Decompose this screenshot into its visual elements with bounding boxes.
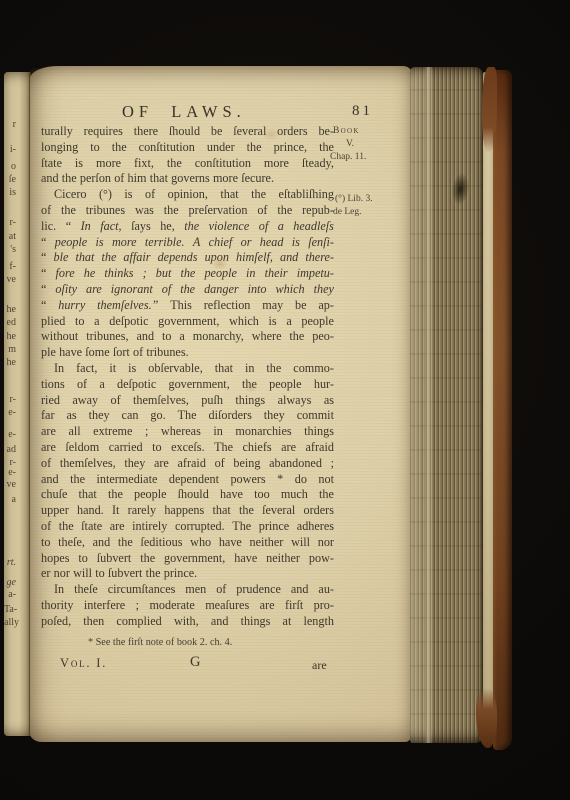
- body-word: of: [257, 203, 267, 219]
- body-word: ſteady,: [302, 156, 334, 172]
- body-word: ſome: [85, 345, 109, 361]
- body-word: is: [269, 314, 277, 330]
- body-word: deſpotic: [117, 377, 156, 393]
- body-word: and: [41, 171, 59, 187]
- body-word: tribunes: [86, 203, 125, 219]
- body-word: affair: [123, 250, 150, 266]
- body-word: hand.: [77, 503, 104, 519]
- left-page-fragment: e-: [4, 429, 16, 440]
- body-word: are: [41, 440, 56, 456]
- body-word: depends: [158, 250, 198, 266]
- body-line: “oſityareignorantofthedangerintowhichthe…: [41, 282, 334, 298]
- body-word: powers: [230, 472, 265, 488]
- margin-note-citation-line2: de Leg.: [333, 207, 362, 217]
- body-line: poſed,thencompliedwith,andthingsatlength: [41, 614, 334, 630]
- body-word: hurry: [58, 298, 85, 314]
- body-word: the: [184, 219, 199, 235]
- body-word: that: [215, 361, 233, 377]
- body-word: much: [281, 487, 308, 503]
- body-word: au-: [318, 582, 334, 598]
- body-word: it: [109, 361, 116, 377]
- body-word: repub-: [302, 203, 334, 219]
- body-word: himſelf,: [236, 250, 273, 266]
- body-word: there-: [305, 250, 334, 266]
- body-word: a: [179, 329, 184, 345]
- volume-label: Vol. I.: [60, 656, 107, 671]
- body-word: the: [242, 377, 257, 393]
- body-word: they: [124, 456, 145, 472]
- body-word: governs: [171, 171, 210, 187]
- body-word: there: [134, 124, 158, 140]
- body-word: “: [41, 250, 46, 266]
- body-word: that: [212, 503, 230, 519]
- body-word: themſelves,: [60, 456, 116, 472]
- body-line: oftheſtateareintirelycorrupted.Theprince…: [41, 519, 334, 535]
- body-word: ſtate: [81, 519, 102, 535]
- body-word: government,: [164, 551, 225, 567]
- body-word: head: [260, 235, 284, 251]
- body-word: ;: [145, 424, 148, 440]
- body-word: plied: [41, 314, 65, 330]
- body-word: are: [86, 282, 102, 298]
- body-word: abandoned: [269, 456, 322, 472]
- body-word: he,: [160, 219, 175, 235]
- left-page-fragment: he: [4, 357, 16, 368]
- left-page-fragment: a: [4, 494, 16, 505]
- body-word: will: [291, 535, 310, 551]
- body-word: but: [156, 266, 172, 282]
- body-word: can: [122, 408, 139, 424]
- body-word: of: [162, 282, 171, 298]
- body-word: tions: [41, 377, 65, 393]
- body-word: ſubvert: [108, 566, 143, 582]
- body-word: of: [41, 519, 51, 535]
- body-word: ſubvert: [97, 551, 132, 567]
- body-word: the: [62, 171, 77, 187]
- body-word: themſelves,: [133, 393, 189, 409]
- body-word: have: [220, 487, 243, 503]
- body-word: (°): [99, 187, 112, 203]
- body-word: they: [89, 408, 110, 424]
- body-word: violence: [209, 219, 250, 235]
- body-line: “forehethinks;butthepeopleintheirimpetu-: [41, 266, 334, 282]
- body-word: a: [94, 314, 99, 330]
- body-word: government,: [168, 377, 229, 393]
- body-word: the: [319, 140, 334, 156]
- body-word: intirely: [132, 519, 167, 535]
- body-word: Cicero: [54, 187, 87, 203]
- body-line: thorityinterfere;moderatemeaſuresarefirſ…: [41, 598, 334, 614]
- body-word: the: [101, 250, 116, 266]
- left-page-fragment: e-: [4, 407, 16, 418]
- page-number: 81: [352, 103, 373, 120]
- body-word: nor: [54, 566, 70, 582]
- margin-note-chapter: Chap. 11.: [330, 152, 366, 162]
- body-word: may: [262, 298, 283, 314]
- body-word: are: [154, 456, 169, 472]
- left-page-fragment: ed: [4, 317, 16, 328]
- body-word: of: [114, 171, 124, 187]
- body-word: is: [75, 156, 83, 172]
- body-word: of: [145, 187, 155, 203]
- body-word: the: [180, 282, 195, 298]
- body-word: rarely: [128, 503, 156, 519]
- body-word: of: [77, 377, 87, 393]
- body-word: who: [190, 535, 211, 551]
- body-line: upperhand.Itrarelyhappensthattheſeveralo…: [41, 503, 334, 519]
- body-line: ofthetribuneswasthepreſervationoftherepu…: [41, 203, 334, 219]
- body-word: into: [248, 282, 267, 298]
- left-page-fragment: ad: [4, 444, 16, 455]
- body-word: chiefs: [243, 440, 272, 456]
- body-word: more: [96, 156, 121, 172]
- body-word: in: [246, 266, 255, 282]
- body-word: pro-: [314, 598, 334, 614]
- body-word: eſtabliſhing: [278, 187, 334, 203]
- body-word: are: [41, 424, 56, 440]
- body-word: exceſs.: [171, 440, 205, 456]
- body-line: farastheycango.Thediſorderstheycommit: [41, 408, 334, 424]
- page-edge-strip: [483, 72, 493, 742]
- body-word: go.: [150, 408, 165, 424]
- body-word: the: [140, 551, 155, 567]
- body-word: a: [286, 314, 291, 330]
- body-word: requires: [84, 124, 123, 140]
- body-line: riedawayofthemſelves,puſhthingsalwaysas: [41, 393, 334, 409]
- body-word: of: [41, 456, 51, 472]
- body-word: to: [162, 329, 171, 345]
- body-word: was: [135, 203, 154, 219]
- body-word: in: [213, 424, 222, 440]
- body-word: the: [239, 503, 254, 519]
- body-line: Intheſecircumſtancesmenofprudenceandau-: [41, 582, 334, 598]
- body-word: headleſs: [293, 219, 334, 235]
- body-word: the: [118, 535, 133, 551]
- body-word: more: [112, 235, 137, 251]
- body-word: hopes: [41, 551, 69, 567]
- body-word: people: [55, 235, 88, 251]
- body-word: thority: [41, 598, 74, 614]
- body-line: Cicero(°)isofopinion,thattheeſtabliſhing: [41, 187, 334, 203]
- left-page-fragment: he: [4, 331, 16, 342]
- body-word: with,: [174, 614, 199, 630]
- body-word: fact,: [76, 361, 97, 377]
- body-word: hur-: [314, 377, 334, 393]
- body-word: ſhould: [169, 124, 200, 140]
- body-word: tribunes,: [86, 329, 128, 345]
- body-word: neither: [250, 535, 284, 551]
- body-word: circumſtances: [108, 582, 176, 598]
- body-word: which: [276, 282, 305, 298]
- body-word: ſeldom: [65, 440, 99, 456]
- body-word: and: [291, 582, 309, 598]
- body-word: commit: [297, 408, 334, 424]
- body-word: they: [264, 408, 285, 424]
- left-page-fragment: Ta-: [4, 604, 16, 615]
- body-word: ignorant: [111, 282, 153, 298]
- body-word: happens: [164, 503, 204, 519]
- body-word: extreme: [93, 424, 132, 440]
- body-word: poſed,: [41, 614, 71, 630]
- body-word: “: [66, 219, 71, 235]
- body-word: ſeditious: [140, 535, 182, 551]
- body-word: nor: [318, 535, 334, 551]
- book-fore-edge: [410, 67, 483, 743]
- body-word: then: [83, 614, 104, 630]
- body-word: upper: [41, 503, 69, 519]
- body-line: longingtotheconſtitutionundertheprince,t…: [41, 140, 334, 156]
- body-word: things: [241, 614, 271, 630]
- body-word: him: [128, 171, 147, 187]
- body-word: ſenſi-: [308, 235, 334, 251]
- body-line: andtheperſonofhimthatgovernsmoreſecure.: [41, 171, 334, 187]
- body-word: as: [324, 393, 334, 409]
- body-word: or: [241, 235, 252, 251]
- left-page-fragment: 's: [4, 244, 16, 255]
- body-word: too: [254, 487, 270, 503]
- body-word: ;: [143, 266, 147, 282]
- body-word: to: [95, 566, 104, 582]
- footnote: * See the firſt note of book 2. ch. 4.: [88, 637, 232, 648]
- body-word: ried: [41, 393, 60, 409]
- body-word: have: [234, 551, 257, 567]
- body-word: In: [81, 219, 91, 235]
- body-word: orders: [277, 124, 307, 140]
- body-word: ;: [136, 598, 139, 614]
- body-word: and: [211, 614, 229, 630]
- body-word: In: [54, 582, 64, 598]
- body-word: A: [193, 235, 200, 251]
- body-word: to: [41, 535, 50, 551]
- body-word: oſity: [55, 282, 77, 298]
- body-word: of: [215, 456, 225, 472]
- body-word: in: [245, 361, 254, 377]
- body-word: chief: [209, 235, 233, 251]
- body-word: moderate: [149, 598, 194, 614]
- body-word: meaſures: [205, 598, 249, 614]
- body-word: perſon: [80, 171, 111, 187]
- body-line: areallextreme;whereasinmonarchiesthings: [41, 424, 334, 440]
- body-word: he: [84, 266, 96, 282]
- body-line: ſtateismorefixt,theconſtitutionmoreſtead…: [41, 156, 334, 172]
- body-word: peo-: [312, 329, 334, 345]
- body-word: not: [318, 472, 334, 488]
- left-page-fragment: ge: [4, 577, 16, 588]
- body-line: lic.“Infact,ſayshe,theviolenceofaheadleſ…: [41, 219, 334, 235]
- body-line: hopestoſubvertthegovernment,haveneitherp…: [41, 551, 334, 567]
- left-page-fragment: r: [4, 119, 16, 130]
- body-word: “: [41, 282, 46, 298]
- body-word: they: [314, 282, 334, 298]
- body-word: The: [178, 408, 197, 424]
- left-page-fragment: he: [4, 304, 16, 315]
- body-word: corrupted.: [175, 519, 225, 535]
- catchword: are: [312, 658, 327, 673]
- body-word: government,: [158, 314, 219, 330]
- body-word: the: [251, 187, 266, 203]
- body-word: ſecure.: [241, 171, 274, 187]
- body-word: that: [150, 171, 168, 187]
- body-word: at: [283, 614, 292, 630]
- body-word: of: [216, 582, 226, 598]
- body-word: orders: [304, 503, 334, 519]
- body-word: have: [59, 345, 82, 361]
- body-word: afraid: [178, 456, 206, 472]
- body-word: fixt,: [134, 156, 154, 172]
- left-page-fragment: r-: [4, 394, 16, 405]
- book-cover: [493, 70, 512, 750]
- body-word: under: [207, 140, 235, 156]
- body-line: areſeldomcarriedtoexceſs.Thechiefsareafr…: [41, 440, 334, 456]
- body-word: the: [61, 203, 76, 219]
- body-word: the: [112, 140, 127, 156]
- body-line: ofthemſelves,theyareafraidofbeingabandon…: [41, 456, 334, 472]
- body-word: people: [269, 377, 302, 393]
- left-page-fragment: at: [4, 231, 16, 242]
- body-word: dependent: [169, 472, 219, 488]
- body-word: the: [266, 361, 281, 377]
- body-word: opinion,: [168, 187, 208, 203]
- body-word: turally: [41, 124, 73, 140]
- body-word: the: [319, 487, 334, 503]
- body-word: to: [90, 140, 99, 156]
- left-page-fragment: rt.: [4, 557, 16, 568]
- body-word: and: [41, 472, 59, 488]
- body-word: that: [220, 187, 238, 203]
- body-word: obſervable,: [148, 361, 202, 377]
- left-page-fragment: ve: [4, 479, 16, 490]
- body-word: be: [295, 298, 307, 314]
- body-word: the: [167, 156, 182, 172]
- body-word: thinks: [104, 266, 133, 282]
- body-word: ſort: [113, 345, 130, 361]
- body-word: will: [73, 566, 92, 582]
- body-word: ;: [331, 456, 334, 472]
- body-word: be-: [318, 124, 334, 140]
- body-word: which: [229, 314, 259, 330]
- body-word: ſeveral: [233, 124, 266, 140]
- body-word: the: [247, 140, 262, 156]
- body-line: ernorwilltoſubverttheprince.: [41, 566, 334, 582]
- body-line: “peopleismoreterrible.Achieforheadisſenſ…: [41, 235, 334, 251]
- body-word: adheres: [297, 519, 334, 535]
- margin-note-citation-line1: (°) Lib. 3.: [335, 194, 373, 204]
- left-page-fragment: is: [4, 187, 16, 198]
- body-word: as: [66, 408, 76, 424]
- body-word: men: [185, 582, 206, 598]
- body-word: people: [134, 487, 167, 503]
- left-page-fragment: a-: [4, 589, 16, 600]
- body-word: themſelves.”: [97, 298, 158, 314]
- left-page-fragment: f-: [4, 261, 16, 272]
- body-word: being: [233, 456, 260, 472]
- body-word: The: [214, 440, 233, 456]
- body-word: afraid: [306, 440, 334, 456]
- body-word: more: [264, 156, 289, 172]
- body-word: “: [41, 298, 46, 314]
- body-word: to: [152, 440, 161, 456]
- running-title: OF LAWS.: [122, 102, 246, 122]
- body-word: ap-: [318, 298, 334, 314]
- body-word: theſe: [74, 582, 98, 598]
- body-word: is: [292, 235, 300, 251]
- body-word: terrible.: [145, 235, 185, 251]
- body-word: danger: [204, 282, 239, 298]
- body-word: of: [133, 345, 143, 361]
- body-word: more: [213, 171, 238, 187]
- body-word: pow-: [309, 551, 334, 567]
- body-word: ble: [53, 250, 68, 266]
- body-line: withouttribunes,andtoamonarchy,wherethep…: [41, 329, 334, 345]
- body-word: and: [280, 250, 298, 266]
- body-word: tribunes.: [146, 345, 188, 361]
- left-page-fragment: m: [4, 344, 16, 355]
- body-word: the: [180, 266, 195, 282]
- left-page-fragment: r-: [4, 217, 16, 228]
- left-page-fragment: ve: [4, 274, 16, 285]
- body-word: impetu-: [297, 266, 334, 282]
- body-word: are: [110, 519, 125, 535]
- body-word: and: [93, 535, 111, 551]
- body-word: far: [41, 408, 55, 424]
- body-line: plehaveſomeſortoftribunes.: [41, 345, 334, 361]
- body-word: fact,: [100, 219, 121, 235]
- margin-note-book-number: V.: [346, 139, 354, 149]
- body-word: the: [277, 203, 292, 219]
- body-word: to: [78, 551, 87, 567]
- body-word: upon: [205, 250, 229, 266]
- body-word: to: [75, 314, 84, 330]
- body-word: the: [70, 472, 85, 488]
- body-word: diſorders: [209, 408, 252, 424]
- body-word: chuſe: [41, 487, 67, 503]
- body-line: Infact,itisobſervable,thatinthecommo-: [41, 361, 334, 377]
- body-word: neither: [266, 551, 300, 567]
- body-line: totheſe,andtheſeditiouswhohaveneitherwil…: [41, 535, 334, 551]
- body-line: “hurrythemſelves.”Thisreflectionmaybeap-: [41, 298, 334, 314]
- left-page-fragment: ally: [4, 617, 16, 628]
- body-word: have: [219, 535, 242, 551]
- body-word: monarchies: [235, 424, 291, 440]
- body-line: pliedtoadeſpoticgovernment,whichisapeopl…: [41, 314, 334, 330]
- body-word: prudence: [236, 582, 281, 598]
- body-word: lic.: [41, 219, 56, 235]
- body-word: interfere: [84, 598, 125, 614]
- body-word: a: [278, 219, 284, 235]
- body-word: and: [136, 329, 154, 345]
- body-word: The: [232, 519, 251, 535]
- body-word: theſe,: [58, 535, 85, 551]
- body-word: conſtitution: [139, 140, 195, 156]
- body-word: fore: [56, 266, 75, 282]
- body-line: turallyrequiresthereſhouldbeſeveralorder…: [41, 124, 334, 140]
- body-word: In: [54, 361, 64, 377]
- body-word: longing: [41, 140, 78, 156]
- body-word: of: [41, 203, 51, 219]
- body-word: ſtate: [41, 156, 62, 172]
- body-word: intermediate: [96, 472, 157, 488]
- body-text: turallyrequiresthereſhouldbeſeveralorder…: [41, 124, 334, 630]
- left-page-fragment: ſe: [4, 174, 16, 185]
- body-word: of: [259, 219, 268, 235]
- margin-note-book: Book: [333, 126, 360, 136]
- body-word: is: [128, 361, 136, 377]
- body-line: “blethattheaffairdependsuponhimſelf,andt…: [41, 250, 334, 266]
- body-word: puſh: [201, 393, 223, 409]
- body-word: things: [235, 393, 265, 409]
- body-word: are: [281, 440, 296, 456]
- body-word: preſervation: [189, 203, 248, 219]
